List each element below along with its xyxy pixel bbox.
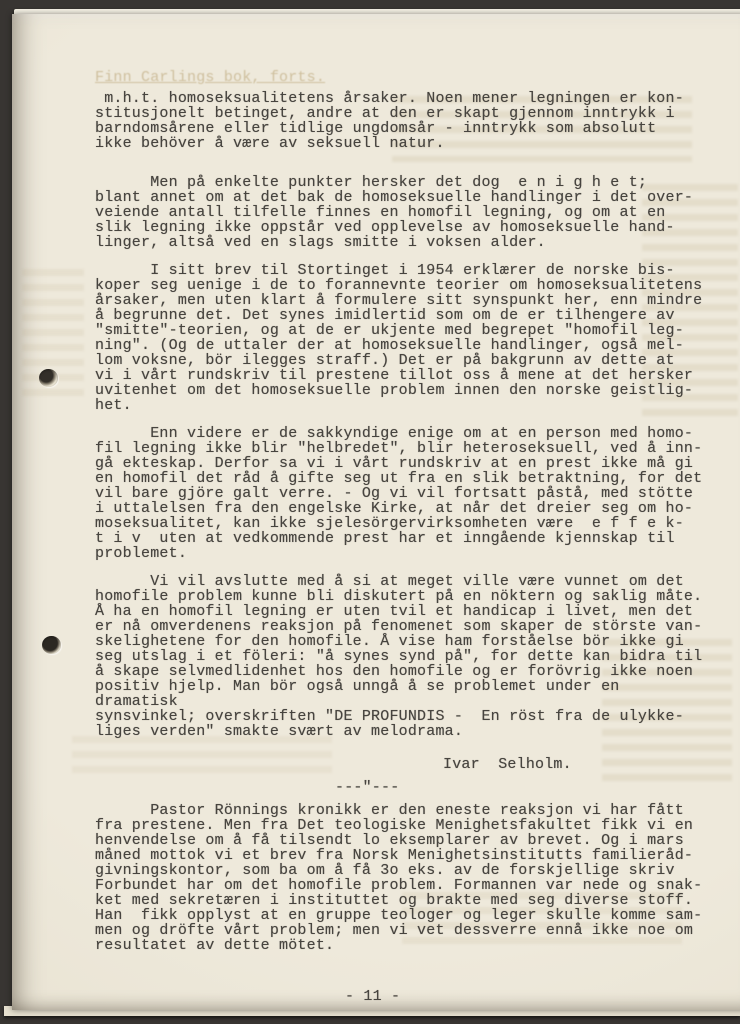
signature: Ivar Selholm. bbox=[443, 757, 706, 772]
paragraph: Men på enkelte punkter hersker det dog e… bbox=[95, 175, 706, 250]
typewritten-content: Finn Carlings bok, forts. m.h.t. homosek… bbox=[12, 14, 740, 1010]
page-number: - 11 - bbox=[345, 989, 706, 1004]
paragraph: I sitt brev til Stortinget i 1954 erklær… bbox=[95, 263, 706, 413]
paragraph: Pastor Rönnings kronikk er den eneste re… bbox=[95, 803, 706, 953]
scanner-background: Finn Carlings bok, forts. m.h.t. homosek… bbox=[0, 0, 740, 1024]
section-divider: ---"--- bbox=[335, 780, 706, 795]
paragraph: Enn videre er de sakkyndige enige om at … bbox=[95, 426, 706, 561]
document-page: Finn Carlings bok, forts. m.h.t. homosek… bbox=[12, 14, 740, 1010]
paragraph: Vi vil avslutte med å si at meget ville … bbox=[95, 574, 706, 739]
bleed-through-header: Finn Carlings bok, forts. bbox=[95, 70, 706, 85]
paragraph: m.h.t. homoseksualitetens årsaker. Noen … bbox=[95, 91, 706, 151]
